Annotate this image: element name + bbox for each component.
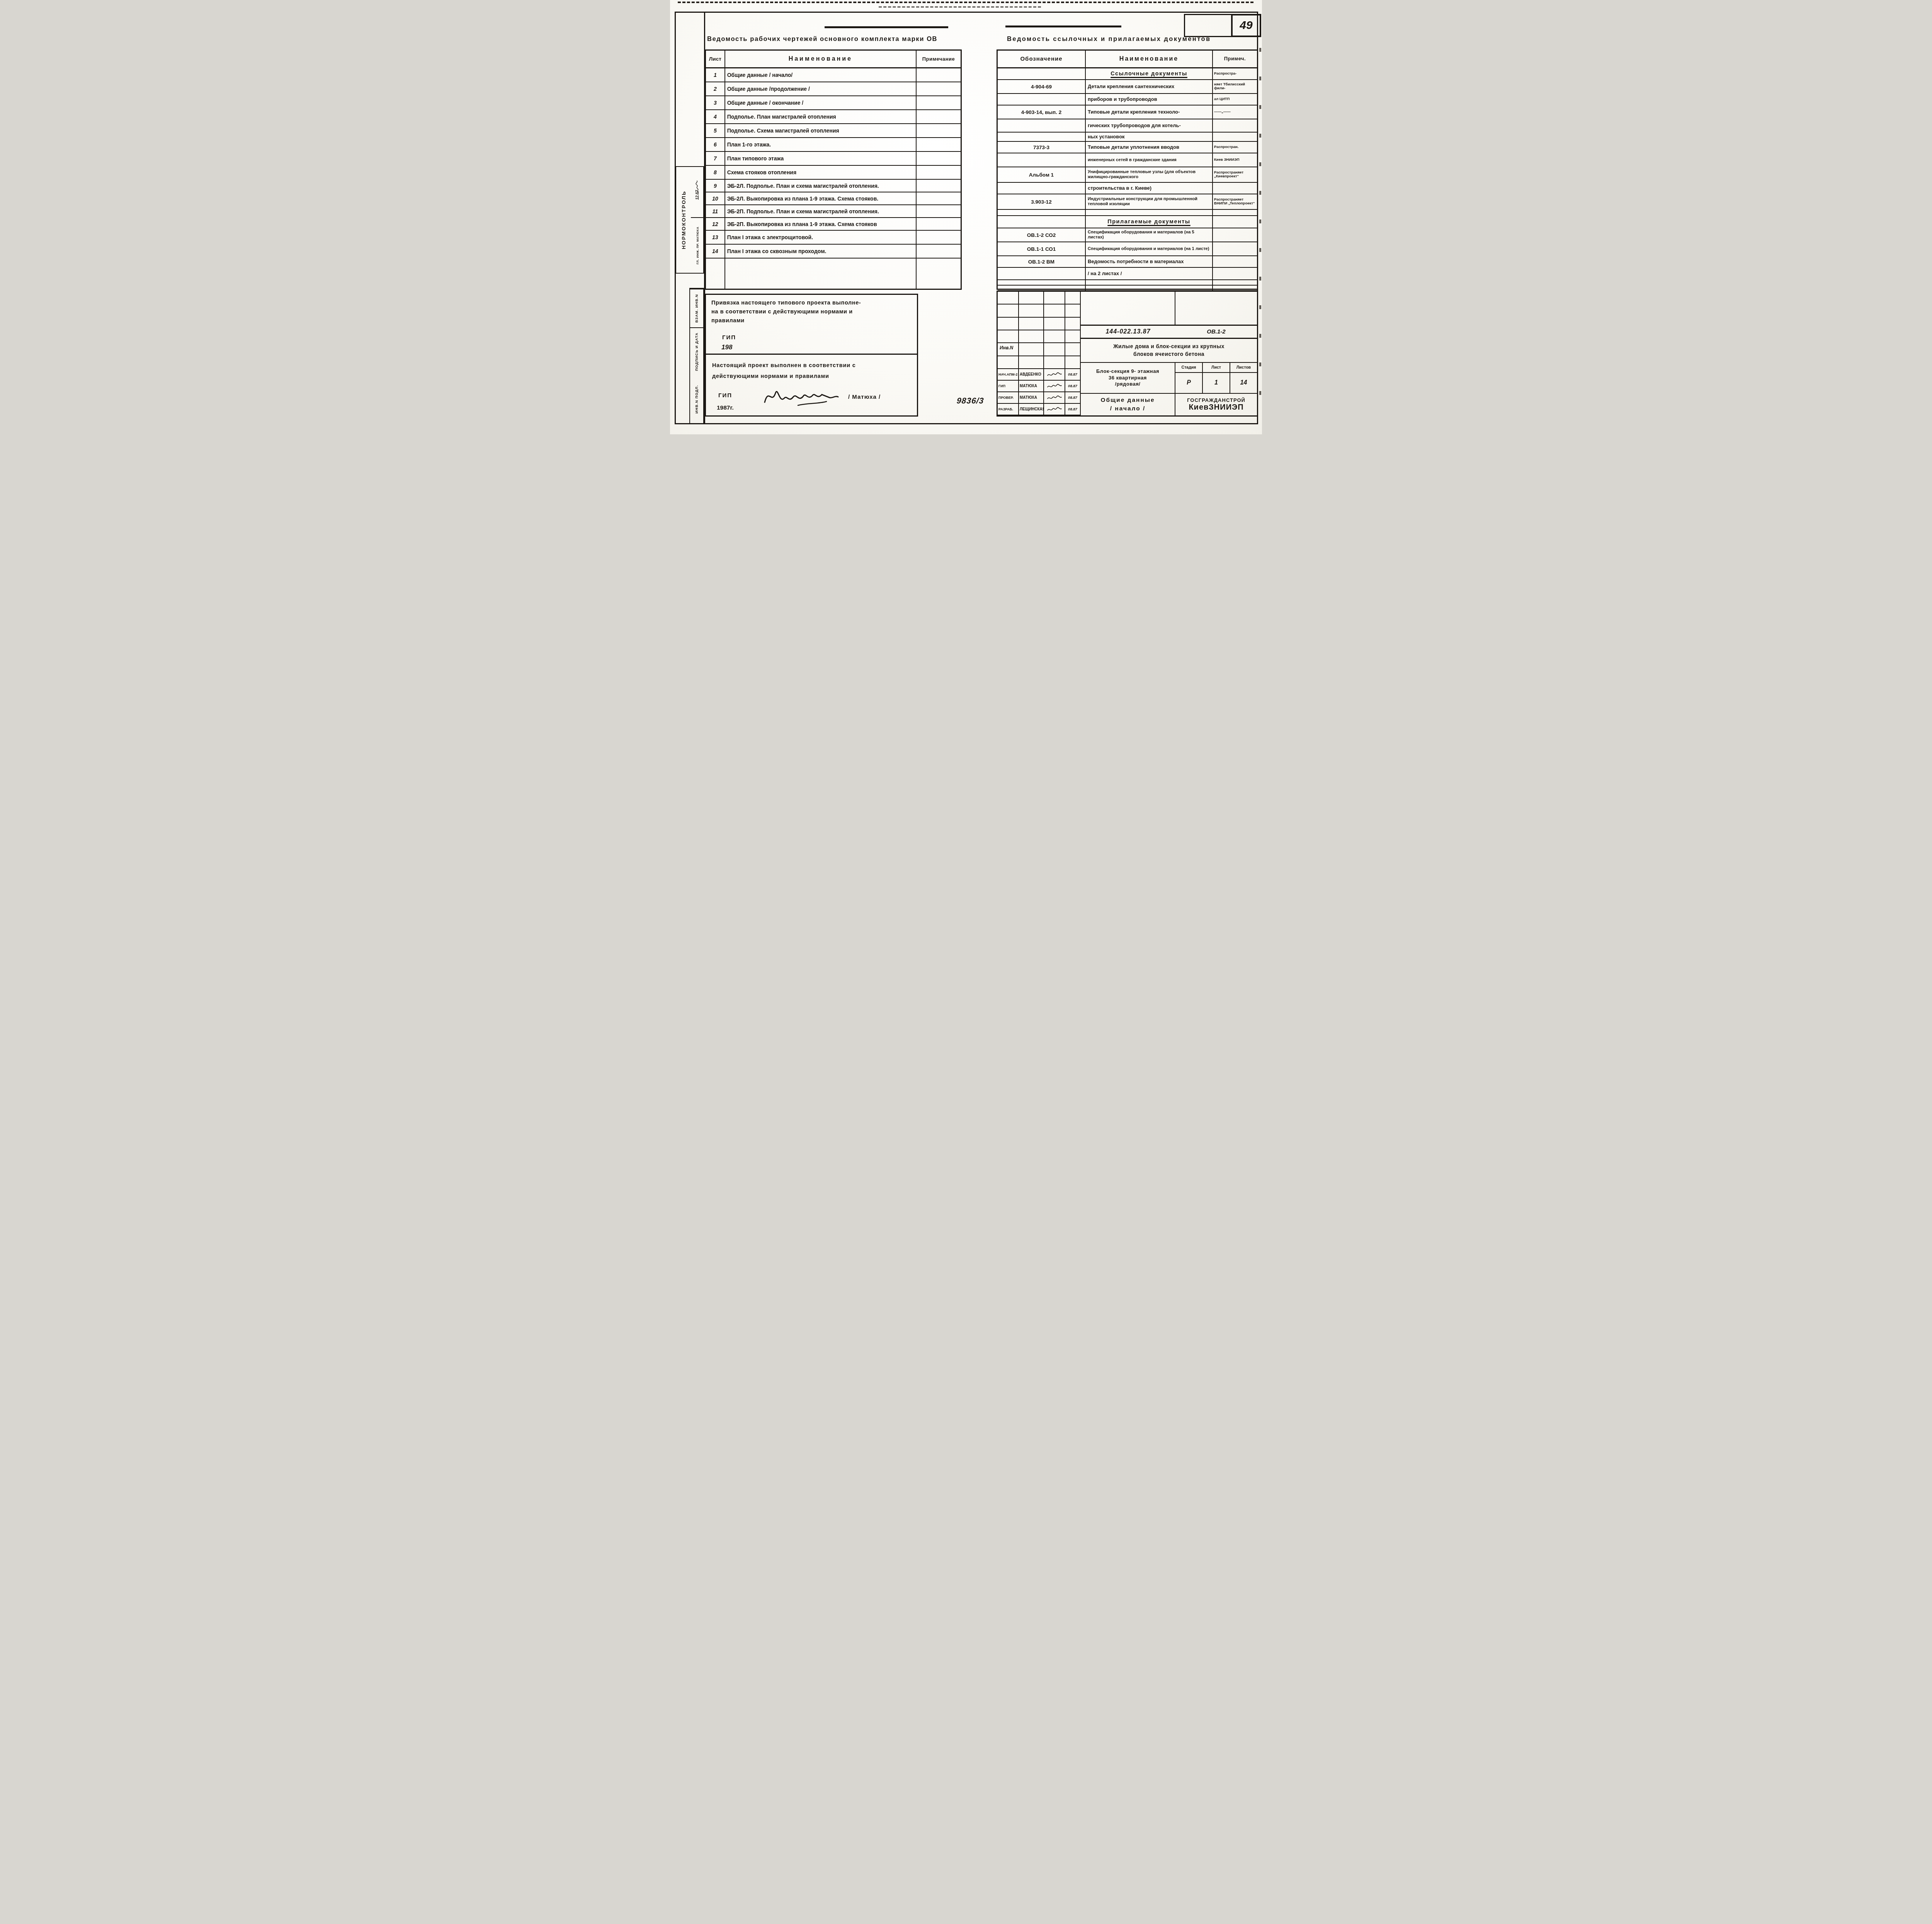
grid-cell — [1044, 318, 1065, 330]
grid-cell — [1065, 292, 1080, 304]
signature-cell — [1044, 381, 1065, 391]
row-document-note — [1213, 210, 1257, 215]
row-document-code: ОВ.1-2 СО2 — [998, 228, 1086, 242]
right-table-row: инженерных сетей в гражданские здания Ки… — [998, 153, 1257, 167]
organization-line2: КиевЗНИИЭП — [1189, 403, 1243, 412]
title-block: Инв.N НАЧ.АПМ-2 АВДЕЕНКО 08. — [997, 291, 1258, 417]
row-sheet-number: 12 — [706, 218, 725, 230]
gip-number-1: 198 — [721, 344, 732, 351]
row-document-name: инженерных сетей в гражданские здания — [1086, 153, 1213, 167]
row-sheet-number: 4 — [706, 110, 725, 123]
normokontrol-role: ГЛ. ИНЖ. ПР. МАТЮХА — [691, 218, 704, 273]
right-header-note: Примеч. — [1213, 51, 1257, 67]
row-drawing-name: ЭБ-2Л. Выкопировка из плана 1-9 этажа. С… — [725, 192, 917, 204]
left-table: Лист Наименование Примечание 1 Общие дан… — [705, 49, 962, 290]
right-table-row: гических трубопроводов для котель- — [998, 119, 1257, 133]
sheet-number-group: 49 — [1184, 14, 1261, 37]
row-document-code — [998, 268, 1086, 279]
row-document-code — [998, 133, 1086, 141]
left-header-sheet: Лист — [706, 51, 725, 67]
left-table-row: 12 ЭБ-2П. Выкопировка из плана 1-9 этажа… — [706, 218, 961, 231]
row-document-code — [998, 286, 1086, 290]
margin-field-podpis-data: ПОДПИСЬ И ДАТА — [690, 327, 703, 375]
grid-row-inv: Инв.N — [998, 343, 1080, 356]
row-document-name: / на 2 листах / — [1086, 268, 1213, 279]
grid-row — [998, 305, 1080, 317]
signature-icon — [1047, 395, 1062, 400]
grid-cell — [1019, 343, 1044, 355]
row-document-note — [1213, 216, 1257, 228]
row-document-code: ОВ.1-1 СО1 — [998, 242, 1086, 255]
right-table-row — [998, 280, 1257, 286]
grid-cell — [1065, 305, 1080, 316]
row-document-code — [998, 216, 1086, 228]
note2-line2: действующими нормами и правилами — [712, 371, 856, 382]
row-document-note — [1213, 268, 1257, 279]
normokontrol-signature-cell: 12.87 — [691, 167, 704, 218]
document-code: ОВ.1-2 — [1175, 328, 1257, 335]
row-drawing-name: Подполье. План магистралей отопления — [725, 110, 917, 123]
left-table-row: 1 Общие данные / начало/ — [706, 68, 961, 82]
row-document-code — [998, 210, 1086, 215]
inv-number-label: Инв.N — [1000, 345, 1013, 350]
normokontrol-right-cells: 12.87 ГЛ. ИНЖ. ПР. МАТЮХА — [691, 167, 704, 273]
grid-cell — [1065, 318, 1080, 330]
row-document-name: Детали крепления сантехнических — [1086, 80, 1213, 93]
project-name-line1: Жилые дома и блок-секции из крупных — [1113, 343, 1225, 350]
right-table-row: 3.903-12 Индустриальные конструкции для … — [998, 194, 1257, 210]
note1-line2: на в соответствии с действующими нормами… — [711, 308, 861, 316]
row-note — [917, 152, 961, 165]
row-drawing-name: Общие данные / окончание / — [725, 96, 917, 109]
row-sheet-number: 1 — [706, 68, 725, 82]
signature-cell — [1044, 404, 1065, 415]
left-table-row: 10 ЭБ-2Л. Выкопировка из плана 1-9 этажа… — [706, 192, 961, 205]
right-header-name: Наименование — [1086, 51, 1213, 67]
row-document-code: ОВ.1-2 ВМ — [998, 256, 1086, 267]
row-document-code — [998, 94, 1086, 105]
note1-line3: правилами — [711, 316, 861, 325]
organization: ГОСГРАЖДАНСТРОЙ КиевЗНИИЭП — [1175, 394, 1257, 415]
title-block-bottom-right: Стадия Лист Листов Р 1 14 ГОСГРАЖДАНСТРО… — [1175, 363, 1257, 415]
sheet-title: Общие данные / начало / — [1081, 394, 1175, 415]
title-block-top-empty — [1081, 292, 1257, 326]
signature-row: ПРОВЕР. МАТЮХА 08.87 — [998, 392, 1080, 404]
filler-cell — [706, 259, 725, 289]
sheets-header: Листов — [1230, 363, 1257, 372]
normokontrol-label: НОРМОКОНТРОЛЬ — [675, 167, 691, 273]
signature-role: НАЧ.АПМ-2 — [998, 369, 1019, 380]
stage-sheet-table: Стадия Лист Листов Р 1 14 — [1175, 363, 1257, 394]
sheet-number-box: 49 — [1231, 14, 1261, 37]
document-number: 144-022.13.87 — [1081, 328, 1175, 335]
grid-cell — [1044, 343, 1065, 355]
row-sheet-number: 11 — [706, 205, 725, 217]
gip-label-2: ГИП — [718, 392, 732, 399]
project-name-line2: блоков ячеистого бетона — [1133, 350, 1204, 358]
filler-cell — [917, 259, 961, 289]
row-sheet-number: 2 — [706, 82, 725, 95]
grid-row — [998, 292, 1080, 305]
right-table-row — [998, 286, 1257, 291]
row-document-code — [998, 153, 1086, 167]
right-table-title: Ведомость ссылочных и прилагаемых докуме… — [1007, 36, 1211, 43]
right-header-code: Обозначение — [998, 51, 1086, 67]
grid-cell — [1019, 305, 1044, 316]
row-document-note: Распространя­ет „Киевпроект“ — [1213, 167, 1257, 182]
margin-field-vzam-inv: ВЗАМ. ИНВ.N — [690, 289, 703, 327]
row-drawing-name: Подполье. Схема магистралей отопления — [725, 124, 917, 137]
row-drawing-name: ЭБ-2Л. Подполье. План и схема магистрале… — [725, 180, 917, 192]
stage-sheet-headers: Стадия Лист Листов — [1175, 363, 1257, 373]
right-table-row: ОВ.1-2 ВМ Ведомость потребности в матери… — [998, 256, 1257, 268]
grid-cell — [1065, 330, 1080, 342]
right-table-row: Альбом 1 Унифицированные тепловые узлы (… — [998, 167, 1257, 183]
stage-value: Р — [1175, 373, 1203, 393]
row-note — [917, 124, 961, 137]
row-document-note: ал ЦИТП — [1213, 94, 1257, 105]
row-note — [917, 205, 961, 217]
right-table-row: 4-904-69 Детали крепления сантехнических… — [998, 80, 1257, 94]
row-sheet-number: 14 — [706, 245, 725, 258]
right-table-row — [998, 210, 1257, 216]
row-document-code — [998, 280, 1086, 285]
row-document-name: Типовые детали уплотнения вводов — [1086, 142, 1213, 153]
grid-cell — [998, 330, 1019, 342]
grid-cell — [998, 356, 1019, 368]
document-number-row: 144-022.13.87 ОВ.1-2 — [1081, 326, 1257, 339]
right-table-row: ных установок — [998, 133, 1257, 142]
row-drawing-name: Общие данные /продолжение / — [725, 82, 917, 95]
left-table-row: 3 Общие данные / окончание / — [706, 96, 961, 110]
row-document-name: приборов и трубопроводов — [1086, 94, 1213, 105]
row-document-code — [998, 119, 1086, 132]
signature-cell — [1044, 392, 1065, 403]
sheets-value: 14 — [1230, 373, 1257, 393]
row-document-note: няет Тбилис­ский фили- — [1213, 80, 1257, 93]
row-note — [917, 138, 961, 151]
grid-cell — [1044, 356, 1065, 368]
left-table-row: 2 Общие данные /продолжение / — [706, 82, 961, 96]
row-document-code — [998, 183, 1086, 194]
right-table-row: Прилагаемые документы — [998, 216, 1257, 228]
top-empty-cell-right — [1175, 292, 1257, 325]
row-document-note: Распростра- — [1213, 68, 1257, 79]
row-document-name: строительства в г. Киеве) — [1086, 183, 1213, 194]
row-document-name: гических трубопроводов для котель- — [1086, 119, 1213, 132]
right-table-row: строительства в г. Киеве) — [998, 183, 1257, 194]
row-document-code: 4-904-69 — [998, 80, 1086, 93]
row-drawing-name: Общие данные / начало/ — [725, 68, 917, 82]
row-drawing-name: План 1-го этажа. — [725, 138, 917, 151]
grid-cell — [998, 292, 1019, 304]
right-table: Обозначение Наименование Примеч. Ссылочн… — [997, 49, 1258, 290]
row-sheet-number: 3 — [706, 96, 725, 109]
left-table-filler-row — [706, 259, 961, 289]
grid-cell — [1044, 292, 1065, 304]
left-table-row: 8 Схема стояков отопления — [706, 166, 961, 180]
section-line3: /рядовая/ — [1115, 381, 1141, 388]
left-table-title: Ведомость рабочих чертежей основного ком… — [707, 36, 937, 43]
signature-role: ГИП — [998, 381, 1019, 391]
signature-person-name: МАТЮХА — [1019, 392, 1044, 403]
row-document-code: 3.903-12 — [998, 194, 1086, 209]
note-paragraph-1: Привязка настоящего типового проекта вып… — [711, 299, 861, 326]
title-block-bottom: Блок-секция 9- этажная 36 квартирная /ря… — [1081, 363, 1257, 415]
row-drawing-name: План типового этажа — [725, 152, 917, 165]
row-drawing-name: План I этажа со сквозным проходом. — [725, 245, 917, 258]
title-block-grid: Инв.N — [998, 292, 1080, 369]
title-block-left-strip: Инв.N НАЧ.АПМ-2 АВДЕЕНКО 08. — [998, 292, 1081, 415]
row-sheet-number: 8 — [706, 166, 725, 179]
gip-label-1: ГИП — [722, 334, 736, 341]
row-document-name — [1086, 210, 1213, 215]
row-sheet-number: 9 — [706, 180, 725, 192]
left-table-row: 4 Подполье. План магистралей отопления — [706, 110, 961, 124]
left-header-note: Примечание — [917, 51, 961, 67]
row-note — [917, 110, 961, 123]
row-document-name: ных установок — [1086, 133, 1213, 141]
margin-field-inv-podl: ИНВ.N ПОДЛ. — [690, 375, 703, 424]
right-table-row: 4-903-14, вып. 2 Типовые детали креплени… — [998, 105, 1257, 119]
row-document-note — [1213, 286, 1257, 290]
right-table-row: приборов и трубопроводов ал ЦИТП — [998, 94, 1257, 105]
left-table-header: Лист Наименование Примечание — [706, 51, 961, 68]
row-document-note — [1213, 280, 1257, 285]
right-table-row: Ссылочные документы Распростра- — [998, 68, 1257, 80]
block-section-title: Блок-секция 9- этажная 36 квартирная /ря… — [1081, 363, 1175, 394]
right-table-row: / на 2 листах / — [998, 268, 1257, 280]
signature-person-name: АВДЕЕНКО — [1019, 369, 1044, 380]
grid-cell — [1019, 356, 1044, 368]
title-block-signatures: НАЧ.АПМ-2 АВДЕЕНКО 08.87 ГИП МАТЮХА — [998, 369, 1080, 415]
row-note — [917, 245, 961, 258]
signature-date: 08.87 — [1065, 381, 1080, 391]
grid-cell — [1044, 305, 1065, 316]
right-table-header: Обозначение Наименование Примеч. — [998, 51, 1257, 68]
left-table-row: 11 ЭБ-2П. Подполье. План и схема магистр… — [706, 205, 961, 218]
left-table-row: 6 План 1-го этажа. — [706, 138, 961, 152]
signature-row: НАЧ.АПМ-2 АВДЕЕНКО 08.87 — [998, 369, 1080, 381]
signature-row: РАЗРАБ. ЛЕЩИНСКАЯ 08.87 — [998, 404, 1080, 415]
title-block-right: 144-022.13.87 ОВ.1-2 Жилые дома и блок-с… — [1081, 292, 1257, 415]
row-note — [917, 82, 961, 95]
row-note — [917, 192, 961, 204]
row-drawing-name: Схема стояков отопления — [725, 166, 917, 179]
row-document-note: Киев ЗНИИЭП — [1213, 153, 1257, 167]
margin-fields: ВЗАМ. ИНВ.N ПОДПИСЬ И ДАТА ИНВ.N ПОДЛ. — [689, 288, 704, 424]
sheet: 49 НОРМОКОНТРОЛЬ 12.87 ГЛ. ИНЖ. ПР. МАТЮ… — [670, 0, 1262, 434]
row-document-name: Спецификация оборудования и материа­лов … — [1086, 242, 1213, 255]
sheet-value: 1 — [1203, 373, 1230, 393]
row-document-note — [1213, 119, 1257, 132]
row-document-name — [1086, 286, 1213, 290]
row-drawing-name: ЭБ-2П. Выкопировка из плана 1-9 этажа. С… — [725, 218, 917, 230]
left-table-row: 7 План типового этажа — [706, 152, 961, 166]
row-note — [917, 231, 961, 244]
left-table-row: 5 Подполье. Схема магистралей отопления — [706, 124, 961, 138]
section-line2: 36 квартирная — [1109, 375, 1147, 381]
section-line1: Блок-секция 9- этажная — [1096, 368, 1159, 375]
scan-artifact-top-line — [678, 2, 1253, 3]
row-document-name — [1086, 280, 1213, 285]
top-empty-cell-left — [1081, 292, 1175, 325]
row-document-code: Альбом 1 — [998, 167, 1086, 182]
sheet-title-line2: / начало / — [1110, 405, 1146, 413]
row-sheet-number: 5 — [706, 124, 725, 137]
sheet-number: 49 — [1240, 19, 1252, 32]
grid-cell — [1019, 292, 1044, 304]
normokontrol-date: 12.87 — [696, 190, 700, 200]
row-drawing-name: ЭБ-2П. Подполье. План и схема магистрале… — [725, 205, 917, 217]
row-document-note: Распростран. — [1213, 142, 1257, 153]
left-header-name: Наименование — [725, 51, 917, 67]
signature-date: 08.87 — [1065, 369, 1080, 380]
row-document-note — [1213, 133, 1257, 141]
row-document-name: Индустриальные конструкции для промышлен… — [1086, 194, 1213, 209]
matyukha-signature-icon — [761, 384, 842, 408]
grid-cell — [1019, 330, 1044, 342]
signature-person-name: МАТЮХА — [1019, 381, 1044, 391]
row-sheet-number: 10 — [706, 192, 725, 204]
signature-cell — [1044, 369, 1065, 380]
row-document-code — [998, 68, 1086, 79]
row-document-note — [1213, 256, 1257, 267]
title-block-bottom-left: Блок-секция 9- этажная 36 квартирная /ря… — [1081, 363, 1175, 415]
scan-artifact-line-2 — [879, 6, 1041, 8]
normokontrol-block: НОРМОКОНТРОЛЬ 12.87 ГЛ. ИНЖ. ПР. МАТЮХА — [675, 166, 704, 274]
row-note — [917, 180, 961, 192]
row-sheet-number: 6 — [706, 138, 725, 151]
stage-sheet-values: Р 1 14 — [1175, 373, 1257, 393]
note1-line1: Привязка настоящего типового проекта вып… — [711, 299, 861, 308]
grid-row — [998, 318, 1080, 330]
left-table-row: 14 План I этажа со сквозным проходом. — [706, 245, 961, 259]
sheet-header: Лист — [1203, 363, 1230, 372]
right-table-row: ОВ.1-1 СО1 Спецификация оборудования и м… — [998, 242, 1257, 256]
filler-cell — [725, 259, 917, 289]
signature-icon — [1047, 383, 1062, 389]
notes-box: Привязка настоящего типового проекта вып… — [705, 294, 918, 417]
row-document-code: 4-903-14, вып. 2 — [998, 105, 1086, 119]
signature-icon — [1047, 372, 1062, 377]
notes-divider — [706, 354, 917, 355]
note-paragraph-2: Настоящий проект выполнен в соответствии… — [712, 361, 856, 382]
grid-cell — [1065, 343, 1080, 355]
row-note — [917, 166, 961, 179]
signature-role: РАЗРАБ. — [998, 404, 1019, 415]
left-table-row: 13 План I этажа с электрощитовой. — [706, 231, 961, 245]
stage-header: Стадия — [1175, 363, 1203, 372]
signature-icon — [1047, 407, 1062, 412]
row-document-name: Прилагаемые документы — [1086, 216, 1213, 228]
stamp-number: 9836/3 — [956, 396, 985, 406]
sheet-title-line1: Общие данные — [1100, 396, 1155, 405]
sheet-number-spacer-cell — [1184, 14, 1231, 37]
note2-line1: Настоящий проект выполнен в соответствии… — [712, 361, 856, 371]
row-document-name: Спецификация оборудования и материа­лов … — [1086, 228, 1213, 242]
row-document-note: Распространяет ВНИПИ „Теплопро­ект“ — [1213, 194, 1257, 209]
grid-cell — [1044, 330, 1065, 342]
row-document-name: Ссылочные документы — [1086, 68, 1213, 79]
row-document-name: Унифицированные тепловые узлы (для объек… — [1086, 167, 1213, 182]
grid-row — [998, 356, 1080, 368]
signature-date: 08.87 — [1065, 392, 1080, 403]
grid-cell — [998, 305, 1019, 316]
row-note — [917, 218, 961, 230]
grid-row — [998, 330, 1080, 343]
row-document-note — [1213, 242, 1257, 255]
right-table-row: ОВ.1-2 СО2 Спецификация оборудования и м… — [998, 228, 1257, 242]
grid-cell — [998, 318, 1019, 330]
row-note — [917, 96, 961, 109]
grid-cell — [1065, 356, 1080, 368]
signature-role: ПРОВЕР. — [998, 392, 1019, 403]
grid-cell — [1019, 318, 1044, 330]
project-name: Жилые дома и блок-секции из крупных блок… — [1081, 339, 1257, 363]
signature-date: 08.87 — [1065, 404, 1080, 415]
row-sheet-number: 13 — [706, 231, 725, 244]
signature-person-name: ЛЕЩИНСКАЯ — [1019, 404, 1044, 415]
row-document-note: ——„—— — [1213, 105, 1257, 119]
row-document-name: Типовые детали крепления техноло- — [1086, 105, 1213, 119]
left-table-row: 9 ЭБ-2Л. Подполье. План и схема магистра… — [706, 180, 961, 192]
row-document-note — [1213, 228, 1257, 242]
row-sheet-number: 7 — [706, 152, 725, 165]
signature-row: ГИП МАТЮХА 08.87 — [998, 381, 1080, 392]
organization-line1: ГОСГРАЖДАНСТРОЙ — [1187, 397, 1245, 403]
gip-year: 1987г. — [717, 405, 734, 412]
signature-name: / Матюха / — [848, 394, 881, 400]
row-note — [917, 68, 961, 82]
row-document-note — [1213, 183, 1257, 194]
row-document-name: Ведомость потребности в материалах — [1086, 256, 1213, 267]
right-table-row: 7373-3 Типовые детали уплотнения вводов … — [998, 142, 1257, 153]
row-document-code: 7373-3 — [998, 142, 1086, 153]
scan-tick-marks — [1259, 23, 1261, 410]
row-drawing-name: План I этажа с электрощитовой. — [725, 231, 917, 244]
